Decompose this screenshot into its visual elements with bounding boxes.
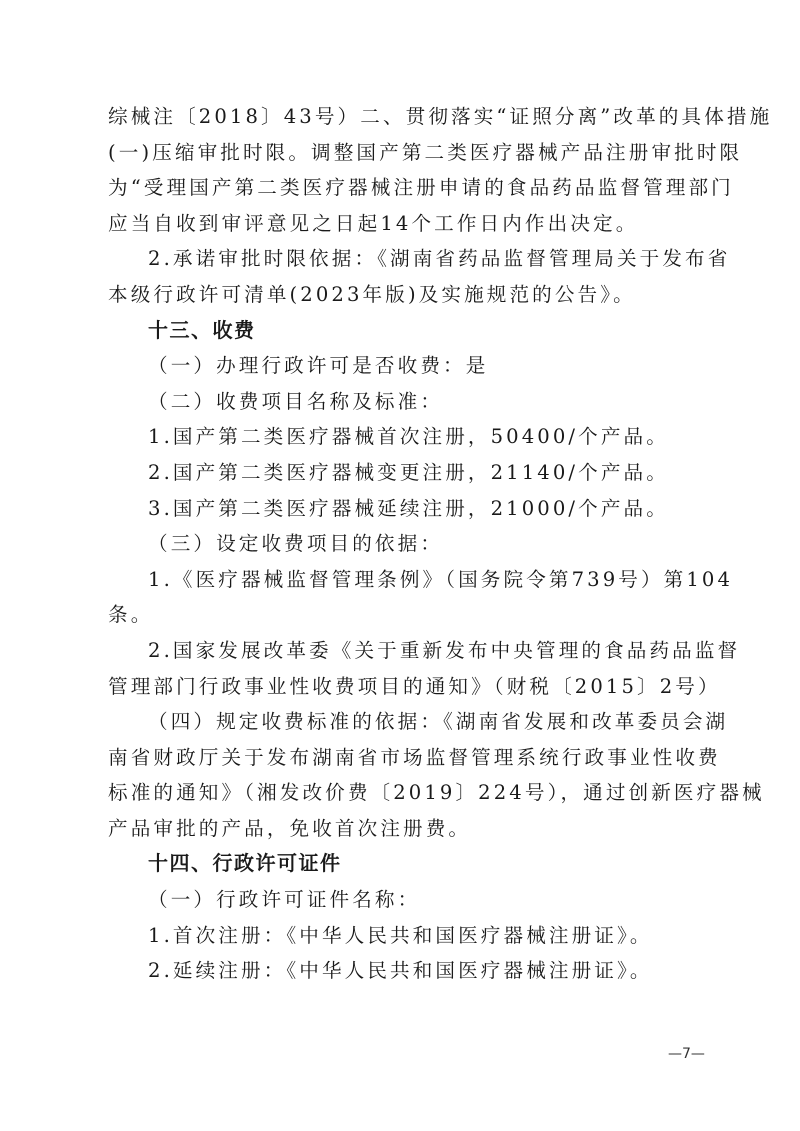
body-text-line: 2.承诺审批时限依据：《湖南省药品监督管理局关于发布省 [108, 241, 702, 277]
document-page: 综械注〔2018〕43号）二、贯彻落实“证照分离”改革的具体措施 (一)压缩审批… [108, 99, 702, 989]
body-text-line: 条。 [108, 597, 702, 633]
body-text-line: 产品审批的产品，免收首次注册费。 [108, 811, 702, 847]
fee-item: 1.国产第二类医疗器械首次注册，50400/个产品。 [108, 419, 702, 455]
fee-item: 2.国产第二类医疗器械变更注册，21140/个产品。 [108, 455, 702, 491]
body-text-line: 本级行政许可清单(2023年版)及实施规范的公告》。 [108, 277, 702, 313]
body-text-line: 管理部门行政事业性收费项目的通知》（财税〔2015〕2号） [108, 669, 702, 705]
subsection-line: （二）收费项目名称及标准： [108, 384, 702, 420]
page-number: —7— [668, 1046, 705, 1062]
subsection-line: （一）行政许可证件名称： [108, 882, 702, 918]
fee-item: 3.国产第二类医疗器械延续注册，21000/个产品。 [108, 491, 702, 527]
body-text-line: 2.国家发展改革委《关于重新发布中央管理的食品药品监督 [108, 633, 702, 669]
body-text-line: 南省财政厅关于发布湖南省市场监督管理系统行政事业性收费 [108, 740, 702, 776]
body-text-line: （四）规定收费标准的依据：《湖南省发展和改革委员会湖 [108, 704, 702, 740]
subsection-line: （一）办理行政许可是否收费：是 [108, 348, 702, 384]
body-text-line: 综械注〔2018〕43号）二、贯彻落实“证照分离”改革的具体措施 [108, 99, 702, 135]
body-text-line: 应当自收到审评意见之日起14个工作日内作出决定。 [108, 206, 702, 242]
subsection-line: （三）设定收费项目的依据： [108, 526, 702, 562]
section-heading-license: 十四、行政许可证件 [108, 846, 702, 882]
license-item: 2.延续注册：《中华人民共和国医疗器械注册证》。 [108, 953, 702, 989]
section-heading-fees: 十三、收费 [108, 313, 702, 349]
license-item: 1.首次注册：《中华人民共和国医疗器械注册证》。 [108, 918, 702, 954]
body-text-line: 标准的通知》（湘发改价费〔2019〕224号），通过创新医疗器械 [108, 775, 702, 811]
body-text-line: (一)压缩审批时限。调整国产第二类医疗器械产品注册审批时限 [108, 135, 702, 171]
body-text-line: 1.《医疗器械监督管理条例》（国务院令第739号）第104 [108, 562, 702, 598]
body-text-line: 为“受理国产第二类医疗器械注册申请的食品药品监督管理部门 [108, 170, 702, 206]
